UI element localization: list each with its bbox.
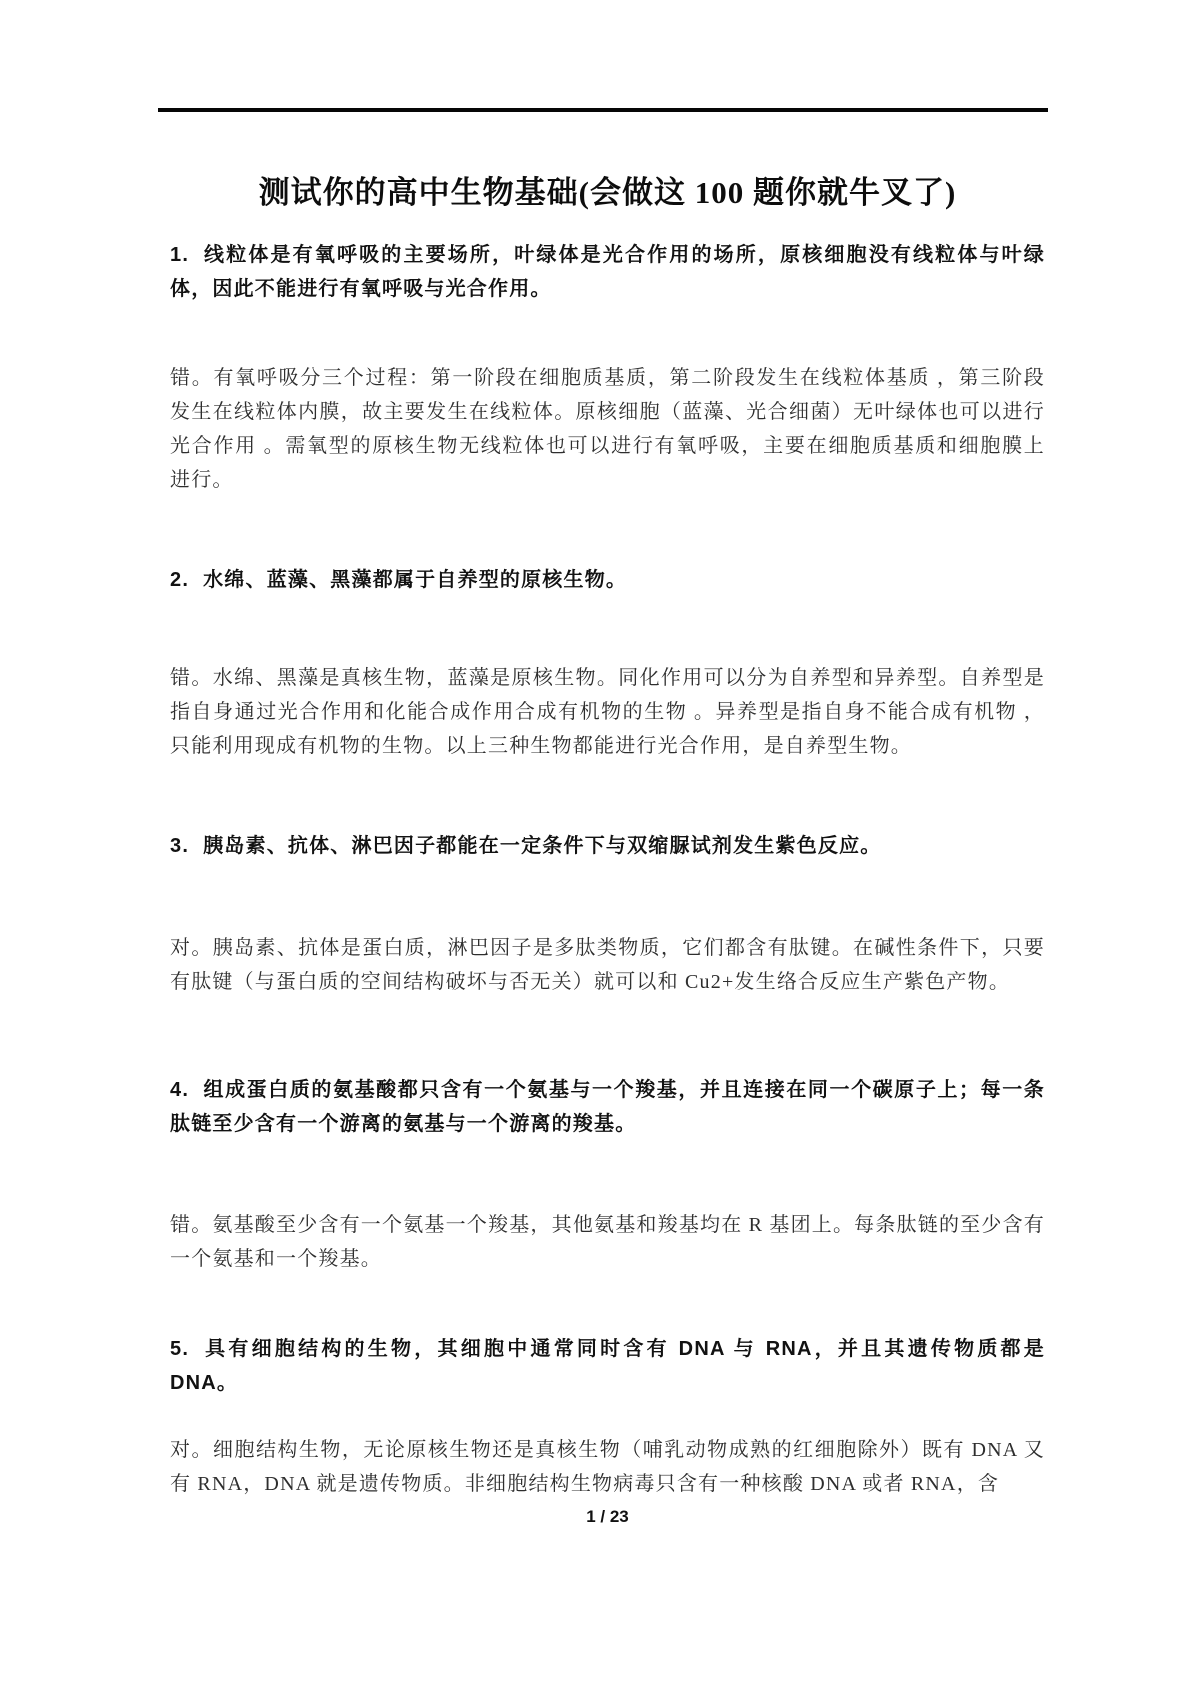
answer-4: 错。氨基酸至少含有一个氨基一个羧基，其他氨基和羧基均在 R 基团上。每条肽链的至… — [170, 1208, 1045, 1276]
answer-5: 对。细胞结构生物，无论原核生物还是真核生物（哺乳动物成熟的红细胞除外）既有 DN… — [170, 1433, 1045, 1501]
question-5-number: 5. — [170, 1338, 189, 1360]
answer-2: 错。水绵、黑藻是真核生物，蓝藻是原核生物。同化作用可以分为自养型和异养型。自养型… — [170, 661, 1045, 763]
question-2-number: 2. — [170, 569, 189, 591]
answer-1: 错。有氧呼吸分三个过程：第一阶段在细胞质基质，第二阶段发生在线粒体基质 ，第三阶… — [170, 361, 1045, 497]
question-2: 2.水绵、蓝藻、黑藻都属于自养型的原核生物。 — [170, 563, 1045, 597]
question-4: 4.组成蛋白质的氨基酸都只含有一个氨基与一个羧基，并且连接在同一个碳原子上；每一… — [170, 1073, 1045, 1141]
answer-3: 对。胰岛素、抗体是蛋白质，淋巴因子是多肽类物质，它们都含有肽键。在碱性条件下，只… — [170, 931, 1045, 999]
question-3: 3.胰岛素、抗体、淋巴因子都能在一定条件下与双缩脲试剂发生紫色反应。 — [170, 829, 1045, 863]
page-title: 测试你的高中生物基础(会做这 100 题你就牛叉了) — [170, 172, 1045, 214]
question-5: 5.具有细胞结构的生物，其细胞中通常同时含有 DNA 与 RNA，并且其遗传物质… — [170, 1332, 1045, 1400]
question-5-text: 具有细胞结构的生物，其细胞中通常同时含有 DNA 与 RNA，并且其遗传物质都是… — [170, 1338, 1045, 1394]
page-number: 1 / 23 — [170, 1505, 1045, 1529]
question-1: 1.线粒体是有氧呼吸的主要场所，叶绿体是光合作用的场所，原核细胞没有线粒体与叶绿… — [170, 238, 1045, 306]
question-3-text: 胰岛素、抗体、淋巴因子都能在一定条件下与双缩脲试剂发生紫色反应。 — [203, 835, 881, 857]
question-1-number: 1. — [170, 244, 189, 266]
question-2-text: 水绵、蓝藻、黑藻都属于自养型的原核生物。 — [203, 569, 627, 591]
question-1-text: 线粒体是有氧呼吸的主要场所，叶绿体是光合作用的场所，原核细胞没有线粒体与叶绿体，… — [170, 244, 1045, 300]
question-4-number: 4. — [170, 1079, 189, 1101]
title-divider-line — [158, 108, 1048, 112]
document-page: 测试你的高中生物基础(会做这 100 题你就牛叉了) 1.线粒体是有氧呼吸的主要… — [0, 0, 1190, 1684]
question-3-number: 3. — [170, 835, 189, 857]
question-4-text: 组成蛋白质的氨基酸都只含有一个氨基与一个羧基，并且连接在同一个碳原子上；每一条肽… — [170, 1079, 1045, 1135]
